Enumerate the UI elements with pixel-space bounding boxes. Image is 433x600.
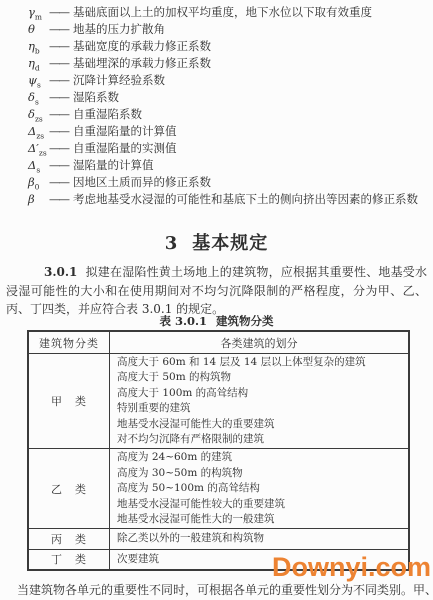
criteria-line: 高度为 30~50m 的构筑物 xyxy=(117,466,404,481)
column-header-criteria: 各类建筑的划分 xyxy=(110,331,410,354)
symbol-cap-delta-s: Δs xyxy=(28,157,49,174)
criteria-cell: 高度大于 60m 和 14 层及 14 层以上体型复杂的建筑 高度大于 50m … xyxy=(110,354,410,449)
symbol-cap-delta-zs: Δzs xyxy=(28,123,49,140)
category-label: 丁 类 xyxy=(28,549,110,570)
symbol-description: 基础底面以上土的加权平均重度，地下水位以下取有效重度 xyxy=(73,5,372,19)
dash: —— xyxy=(49,22,68,36)
clause-number: 3.0.1 xyxy=(44,265,77,279)
footer-paragraph: 当建筑物各单元的重要性不同时，可根据各单元的重要性划分为不同类别。甲、乙、丙、 xyxy=(17,583,431,598)
criteria-line: 地基受水浸湿可能性大的一般建筑 xyxy=(117,512,404,527)
criteria-line: 地基受水浸湿可能性较大的重要建筑 xyxy=(117,497,404,512)
dash: —— xyxy=(49,192,68,206)
symbol-row: δzs——自重湿陷系数 xyxy=(28,106,431,123)
category-label: 丙 类 xyxy=(28,529,110,549)
dash: —— xyxy=(49,73,68,87)
symbol-delta-zs: δzs xyxy=(28,106,49,123)
symbol-description: 自重湿陷系数 xyxy=(73,107,142,121)
criteria-line: 高度为 50~100m 的高耸结构 xyxy=(117,481,404,496)
symbol-row: θ——地基的压力扩散角 xyxy=(28,21,431,38)
symbol-row: Δ′zs——自重湿陷量的实测值 xyxy=(28,140,431,157)
symbol-description: 考虑地基受水浸湿的可能性和基底下土的侧向挤出等因素的修正系数 xyxy=(73,192,418,206)
section-title: 基本规定 xyxy=(192,233,268,254)
symbol-eta-d: ηd xyxy=(28,55,49,72)
table-title: 表 3.0.1建筑物分类 xyxy=(0,313,433,329)
symbol-eta-b: ηb xyxy=(28,38,49,55)
criteria-cell: 除乙类以外的一般建筑和构筑物 xyxy=(110,529,410,549)
dash: —— xyxy=(49,175,68,189)
table-row-class-b: 乙 类 高度为 24~60m 的建筑 高度为 30~50m 的构筑物 高度为 5… xyxy=(28,449,409,529)
downyi-watermark: Downyi.com xyxy=(272,553,431,581)
criteria-line: 高度大于 50m 的构筑物 xyxy=(117,370,404,385)
table-row-class-a: 甲 类 高度大于 60m 和 14 层及 14 层以上体型复杂的建筑 高度大于 … xyxy=(28,354,409,449)
symbol-row: β——考虑地基受水浸湿的可能性和基底下土的侧向挤出等因素的修正系数 xyxy=(28,191,431,208)
section-heading: 3基本规定 xyxy=(0,229,433,255)
symbol-cap-delta-prime-zs: Δ′zs xyxy=(28,140,49,157)
table-number: 表 3.0.1 xyxy=(159,314,207,328)
symbol-row: Δzs——自重湿陷量的计算值 xyxy=(28,123,431,140)
symbol-row: γm——基础底面以上土的加权平均重度，地下水位以下取有效重度 xyxy=(28,4,431,21)
criteria-line: 高度大于 100m 的高耸结构 xyxy=(117,386,404,401)
symbol-theta: θ xyxy=(28,21,49,38)
symbol-beta: β xyxy=(28,191,49,208)
symbol-row: ηb——基础宽度的承载力修正系数 xyxy=(28,38,431,55)
table-title-text: 建筑物分类 xyxy=(216,314,274,328)
dash: —— xyxy=(49,56,68,70)
criteria-line: 高度为 24~60m 的建筑 xyxy=(117,450,404,465)
section-number: 3 xyxy=(165,233,178,254)
criteria-cell: 高度为 24~60m 的建筑 高度为 30~50m 的构筑物 高度为 50~10… xyxy=(110,449,410,529)
criteria-line: 特别重要的建筑 xyxy=(117,401,404,416)
symbol-description: 因地区土质而异的修正系数 xyxy=(73,175,211,189)
dash: —— xyxy=(49,107,68,121)
category-label: 甲 类 xyxy=(28,354,110,449)
criteria-line: 除乙类以外的一般建筑和构筑物 xyxy=(117,531,404,546)
symbol-description: 自重湿陷量的计算值 xyxy=(73,124,177,138)
dash: —— xyxy=(49,5,68,19)
dash: —— xyxy=(49,141,68,155)
dash: —— xyxy=(49,158,68,172)
symbol-row: ψs——沉降计算经验系数 xyxy=(28,72,431,89)
symbol-description: 基础宽度的承载力修正系数 xyxy=(73,39,211,53)
building-classification-table: 建筑物分类 各类建筑的划分 甲 类 高度大于 60m 和 14 层及 14 层以… xyxy=(27,330,410,571)
symbol-definition-list: γm——基础底面以上土的加权平均重度，地下水位以下取有效重度 θ——地基的压力扩… xyxy=(28,4,431,208)
symbol-row: δs——湿陷系数 xyxy=(28,89,431,106)
criteria-line: 高度大于 60m 和 14 层及 14 层以上体型复杂的建筑 xyxy=(117,355,404,370)
symbol-description: 基础埋深的承载力修正系数 xyxy=(73,56,211,70)
symbol-description: 沉降计算经验系数 xyxy=(73,73,165,87)
clause-paragraph: 3.0.1拟建在湿陷性黄土场地上的建筑物，应根据其重要性、地基受水浸湿可能性的大… xyxy=(6,263,427,319)
symbol-row: ηd——基础埋深的承载力修正系数 xyxy=(28,55,431,72)
category-label: 乙 类 xyxy=(28,449,110,529)
symbol-description: 湿陷量的计算值 xyxy=(73,158,154,172)
symbol-psi-s: ψs xyxy=(28,72,49,89)
table-row-class-c: 丙 类 除乙类以外的一般建筑和构筑物 xyxy=(28,529,409,549)
table-header-row: 建筑物分类 各类建筑的划分 xyxy=(28,331,409,354)
column-header-category: 建筑物分类 xyxy=(28,331,110,354)
dash: —— xyxy=(49,124,68,138)
symbol-gamma-m: γm xyxy=(28,4,49,21)
criteria-line: 对不均匀沉降有严格限制的建筑 xyxy=(117,432,404,447)
symbol-delta-s: δs xyxy=(28,89,49,106)
symbol-description: 自重湿陷量的实测值 xyxy=(73,141,177,155)
symbol-description: 地基的压力扩散角 xyxy=(73,22,165,36)
symbol-description: 湿陷系数 xyxy=(73,90,119,104)
dash: —— xyxy=(49,90,68,104)
symbol-beta-0: β0 xyxy=(28,174,49,191)
symbol-row: Δs——湿陷量的计算值 xyxy=(28,157,431,174)
symbol-row: β0——因地区土质而异的修正系数 xyxy=(28,174,431,191)
criteria-line: 地基受水浸湿可能性大的重要建筑 xyxy=(117,417,404,432)
dash: —— xyxy=(49,39,68,53)
